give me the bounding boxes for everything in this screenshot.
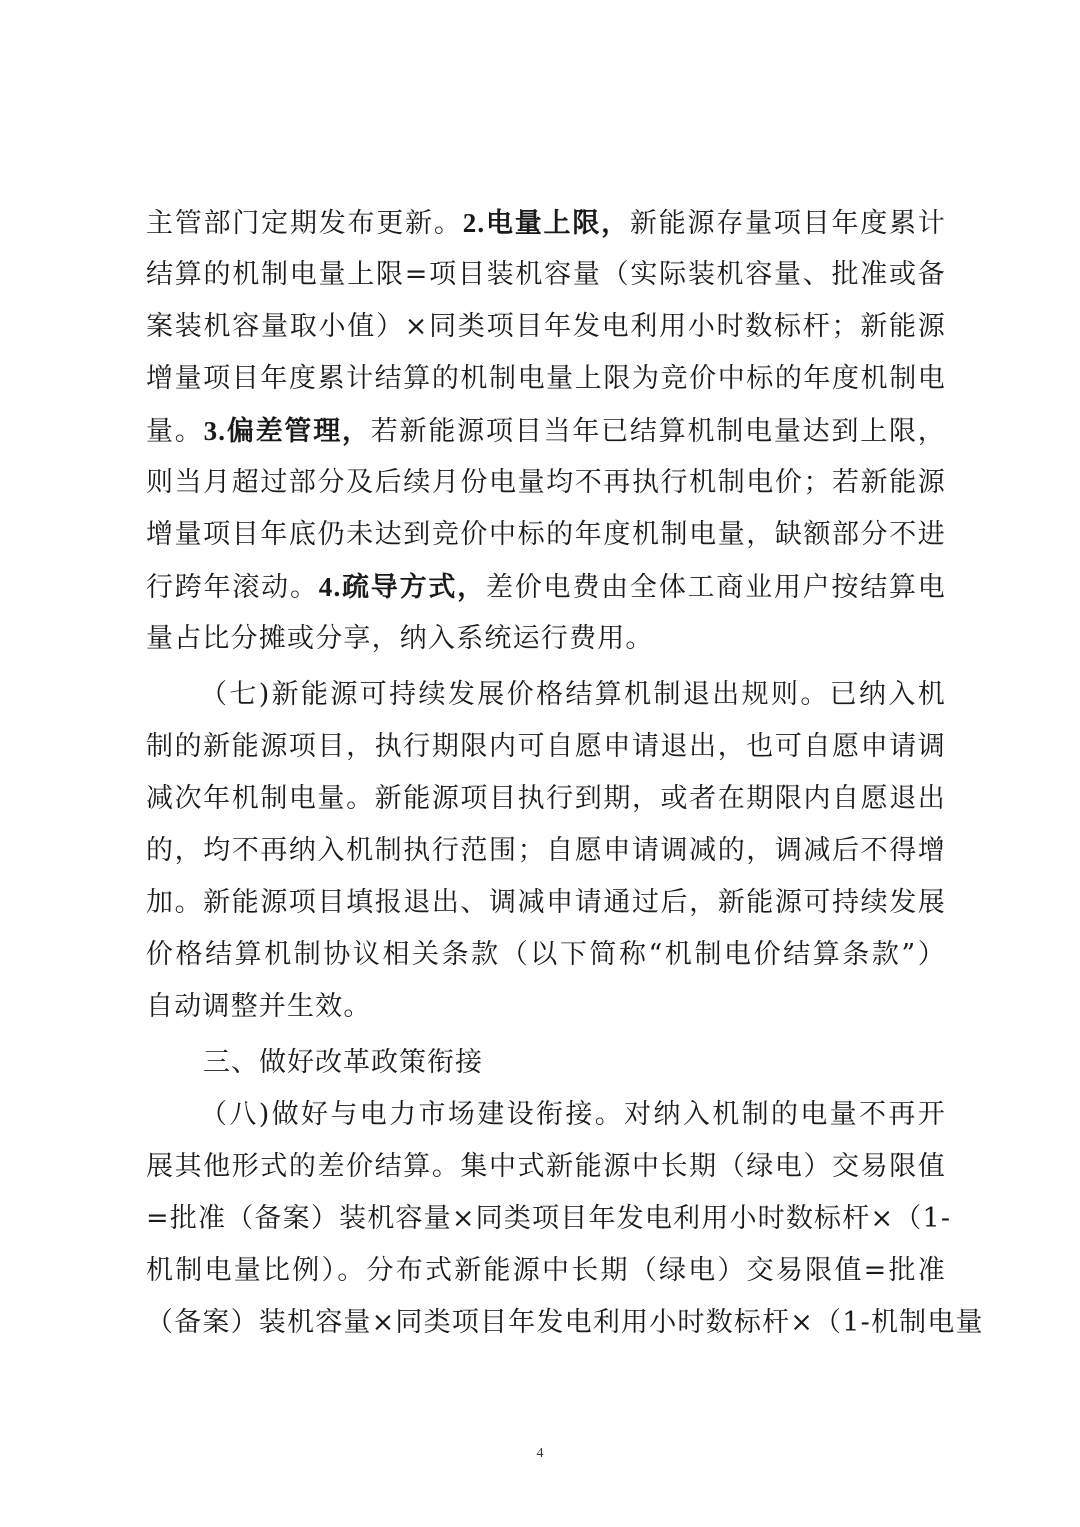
text-line: 展其他形式的差价结算。集中式新能源中长期（绿电）交易限值 [146, 1147, 946, 1187]
text-line: （备案）装机容量×同类项目年发电利用小时数标杆×（1-机制电量 [146, 1303, 946, 1343]
page-number: 4 [0, 1446, 1080, 1462]
text-line: 的，均不再纳入机制执行范围；自愿申请调减的，调减后不得增 [146, 831, 946, 871]
document-page: 主管部门定期发布更新。2.电量上限，新能源存量项目年度累计 结算的机制电量上限=… [0, 0, 1080, 1527]
text-line: 自动调整并生效。 [146, 987, 946, 1027]
text-line: 量。3.偏差管理，若新能源项目当年已结算机制电量达到上限， [146, 411, 946, 451]
text-line: 行跨年滚动。4.疏导方式，差价电费由全体工商业用户按结算电 [146, 567, 946, 607]
text-line: 价格结算机制协议相关条款（以下简称“机制电价结算条款”） [146, 935, 946, 975]
text-line: 主管部门定期发布更新。2.电量上限，新能源存量项目年度累计 [146, 203, 946, 243]
text-line: 减次年机制电量。新能源项目执行到期，或者在期限内自愿退出 [146, 779, 946, 819]
text-line: 增量项目年底仍未达到竞价中标的年度机制电量，缺额部分不进 [146, 515, 946, 555]
bold-subheading: 4.疏导方式， [319, 572, 486, 602]
text-line: 案装机容量取小值）×同类项目年发电利用小时数标杆；新能源 [146, 307, 946, 347]
paragraph-7-first-line: （七)新能源可持续发展价格结算机制退出规则。已纳入机 [200, 675, 946, 715]
text-line: =批准（备案）装机容量×同类项目年发电利用小时数标杆×（1- [146, 1199, 946, 1239]
bold-subheading: 3.偏差管理， [204, 416, 371, 446]
bold-subheading: 2.电量上限， [463, 208, 630, 238]
text-line: 则当月超过部分及后续月份电量均不再执行机制电价；若新能源 [146, 463, 946, 503]
section-heading: 三、做好改革政策衔接 [203, 1043, 483, 1083]
paragraph-8-first-line: （八)做好与电力市场建设衔接。对纳入机制的电量不再开 [200, 1095, 946, 1135]
text-line: 结算的机制电量上限=项目装机容量（实际装机容量、批准或备 [146, 255, 946, 295]
text-line: 加。新能源项目填报退出、调减申请通过后，新能源可持续发展 [146, 883, 946, 923]
text-line: 量占比分摊或分享，纳入系统运行费用。 [146, 619, 946, 659]
text-line: 增量项目年度累计结算的机制电量上限为竞价中标的年度机制电 [146, 359, 946, 399]
text-line: 机制电量比例）。分布式新能源中长期（绿电）交易限值=批准 [146, 1251, 946, 1291]
text-line: 制的新能源项目，执行期限内可自愿申请退出，也可自愿申请调 [146, 727, 946, 767]
